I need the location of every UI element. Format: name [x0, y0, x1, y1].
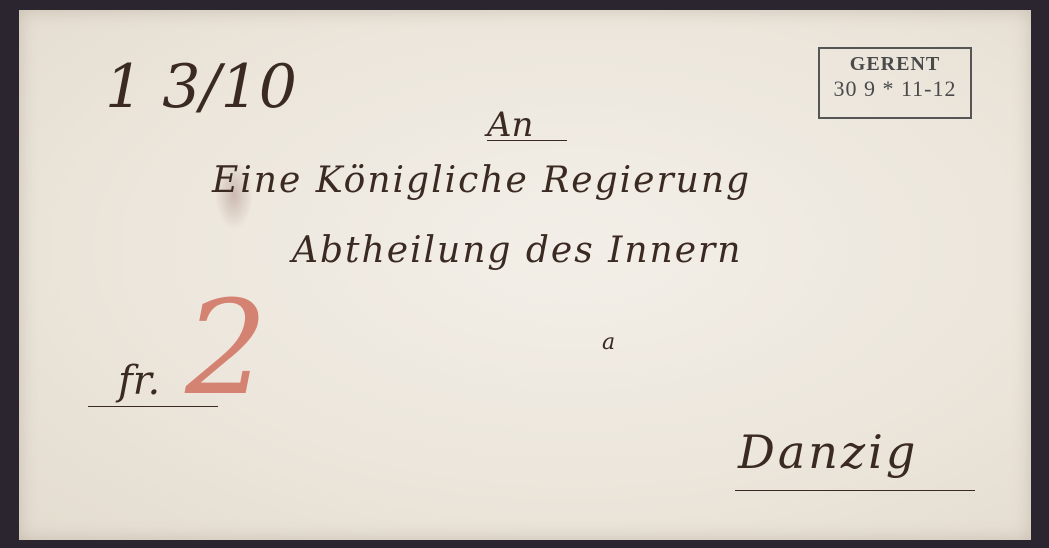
destination-underline [735, 490, 975, 491]
red-crayon-mark: 2 [185, 283, 268, 413]
postmark-stamp: GERENT 30 9 * 11-12 [818, 47, 972, 119]
address-preposition: a [602, 330, 615, 355]
franco-mark: fr. [118, 358, 160, 404]
postmark-town: GERENT [820, 53, 970, 76]
destination-city: Danzig [738, 425, 918, 479]
address-line-1: Eine Königliche Regierung [212, 160, 751, 201]
rate-marking: 1 3/10 [105, 52, 297, 122]
salutation-underline [487, 140, 567, 141]
salutation: An [487, 105, 533, 145]
address-line-2: Abtheilung des Innern [292, 230, 742, 271]
postmark-date: 30 9 * 11-12 [820, 76, 970, 102]
